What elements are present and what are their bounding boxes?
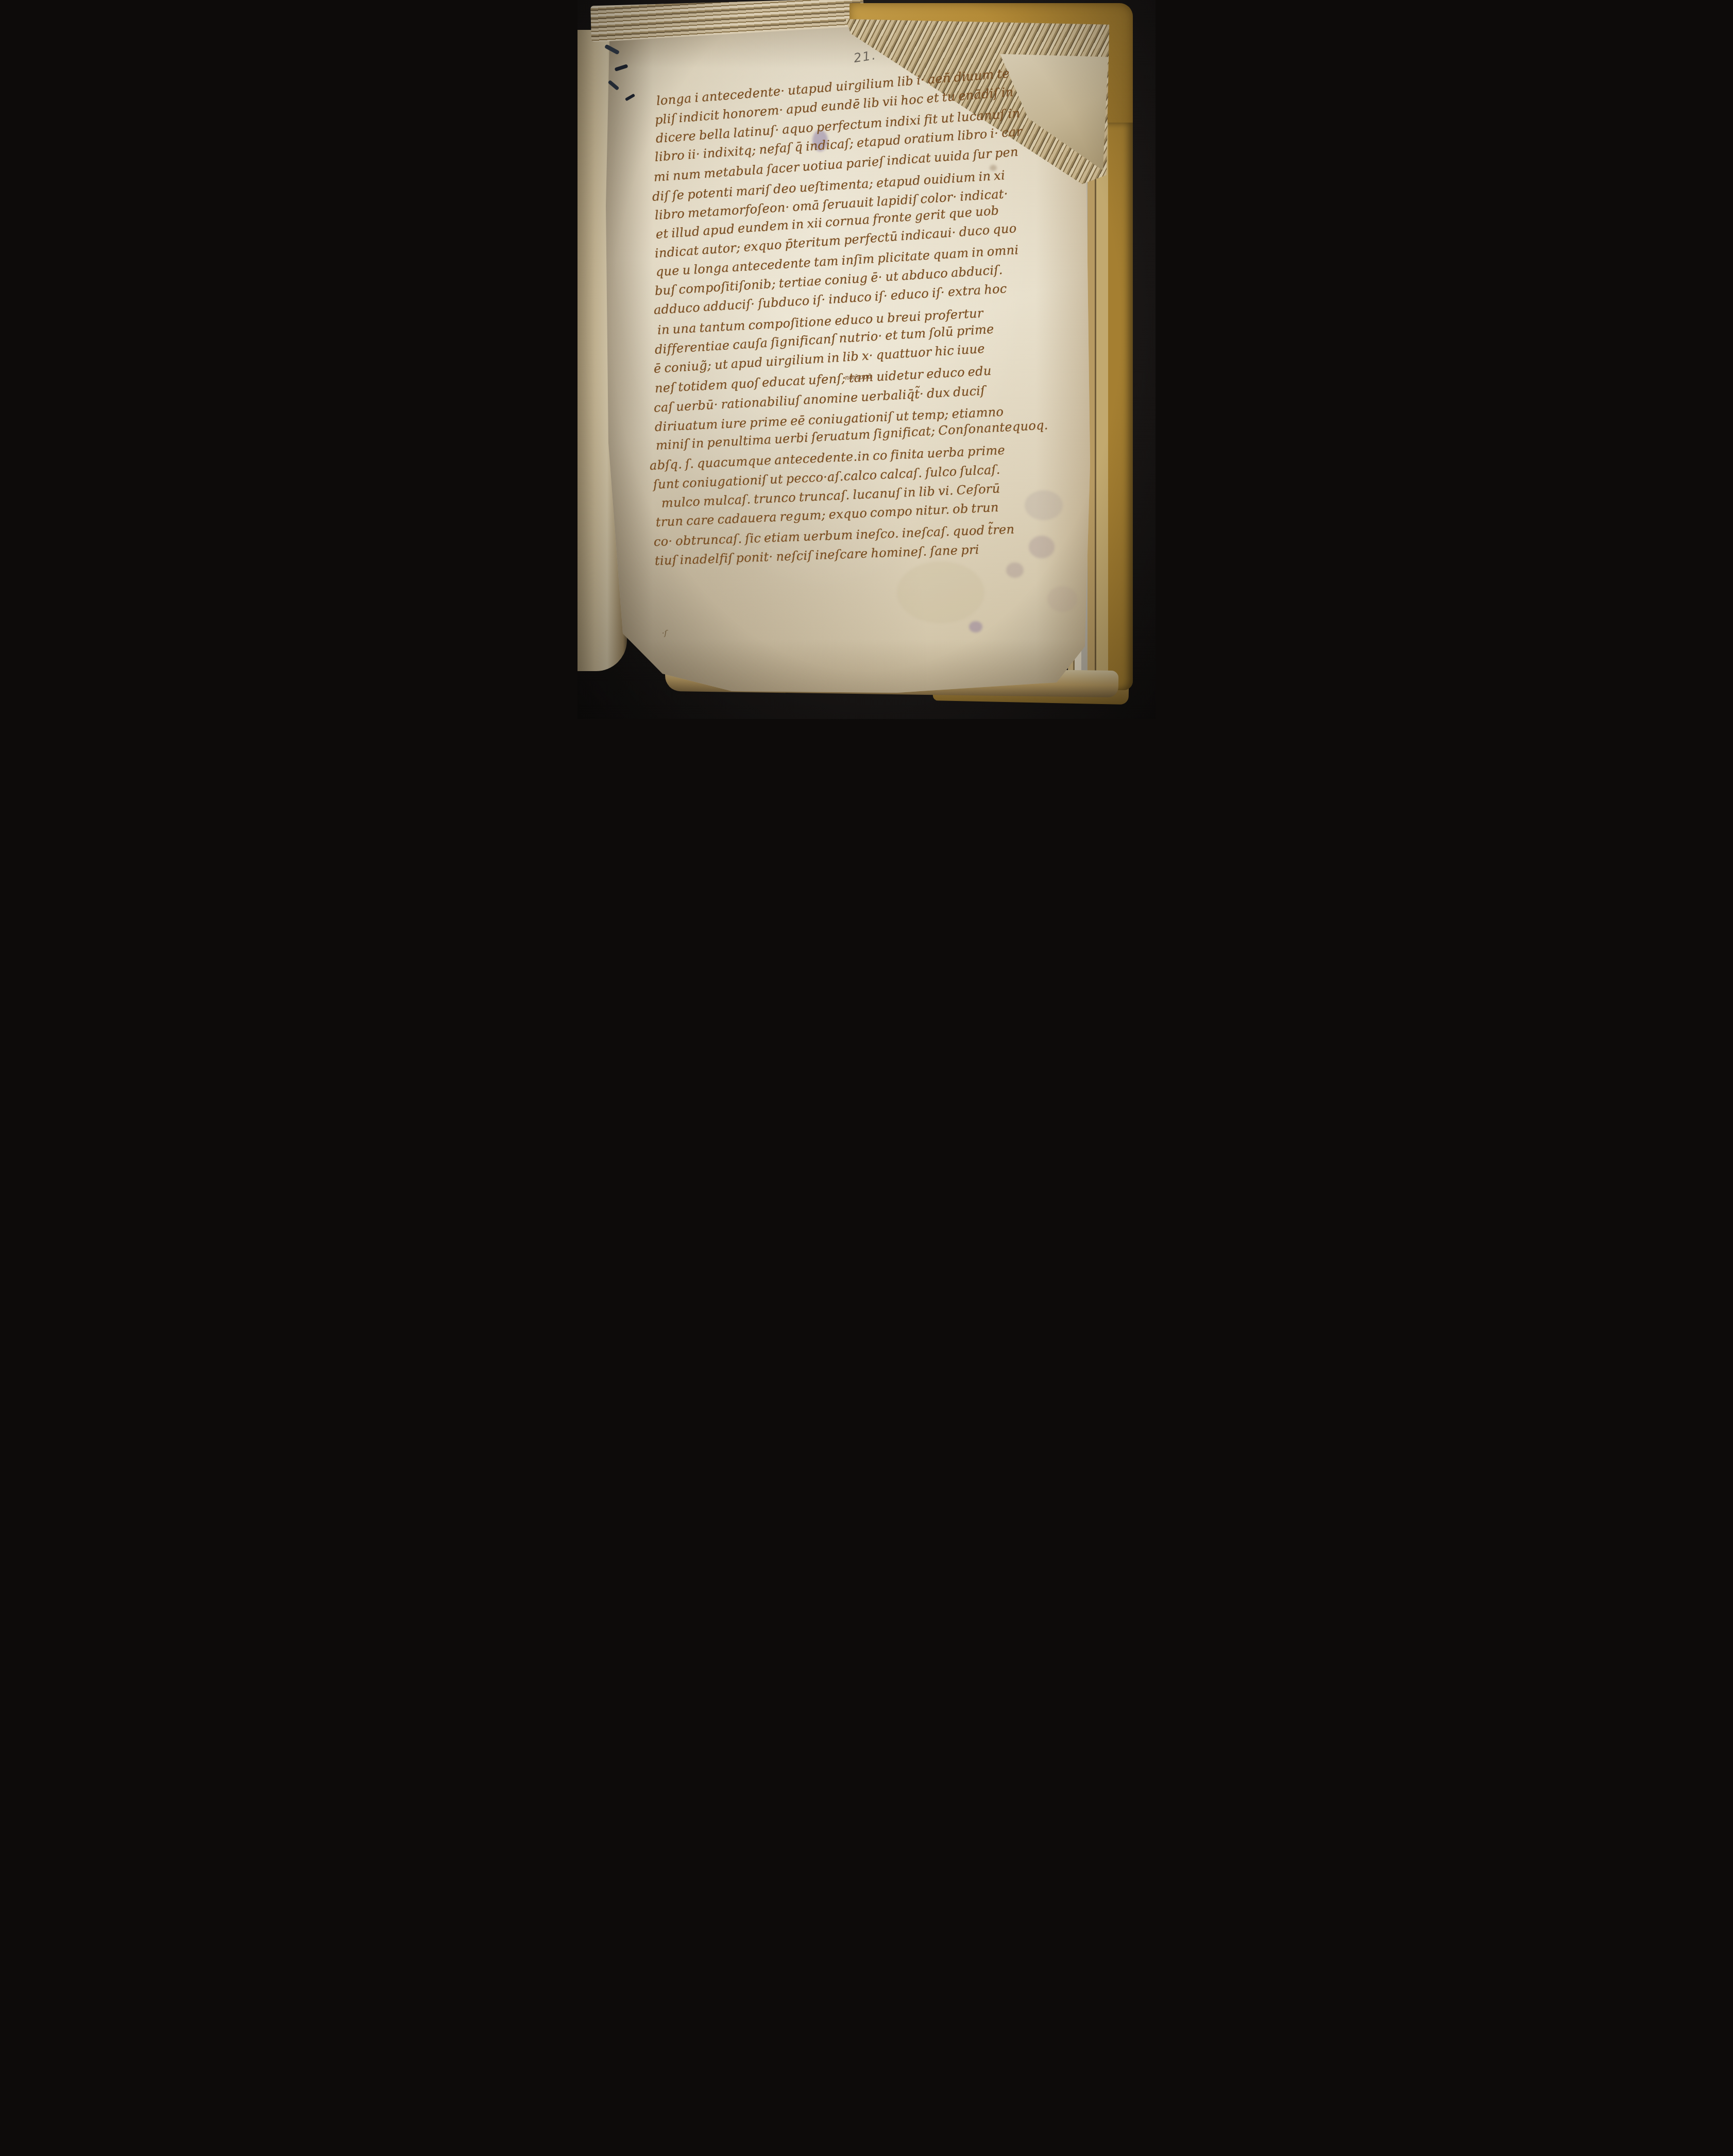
purple-spot bbox=[969, 621, 982, 632]
faded-ring bbox=[897, 561, 984, 623]
water-spot bbox=[1006, 562, 1024, 578]
manuscript-photo: 21. nom̄ppū ·ſ longa i antecedente· utap… bbox=[577, 0, 1156, 719]
water-spot bbox=[1029, 536, 1055, 558]
quire-mark: ·ſ bbox=[662, 629, 667, 638]
water-spot bbox=[1025, 490, 1063, 520]
water-spot bbox=[1047, 586, 1077, 612]
